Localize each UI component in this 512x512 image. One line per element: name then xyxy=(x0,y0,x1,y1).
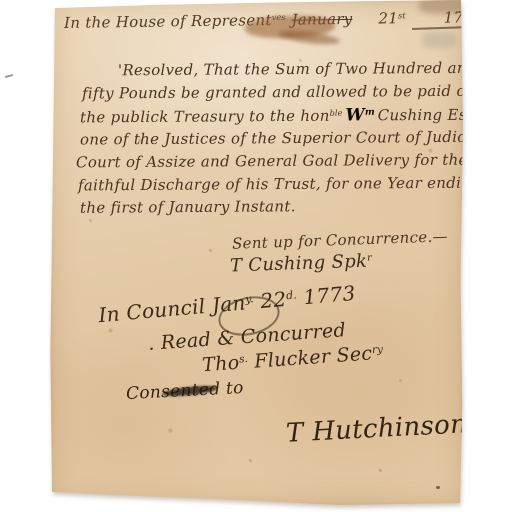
body-line-2: fifty Pounds be granted and allowed to b… xyxy=(82,82,502,103)
body-line-6: faithful Discharge of his Trust, for one… xyxy=(78,174,481,195)
council-superscript-2: d. xyxy=(286,288,298,302)
gray-stain xyxy=(422,32,456,48)
corner-stain xyxy=(418,0,470,14)
paper-aging-spots xyxy=(50,0,51,1)
secretary-superscript-2: ry xyxy=(372,343,384,356)
paper-shadow-wrap: In the House of RepresentvesJanuary21st1… xyxy=(0,0,512,512)
body-line-3: the publick Treasury to the honbleWmCush… xyxy=(80,105,477,128)
name-superscript: m xyxy=(365,107,375,118)
sent-up-line: Sent up for Concurrence.— xyxy=(232,227,448,253)
photo-background: In the House of RepresentvesJanuary21st1… xyxy=(0,0,512,512)
bottom-ink-speck xyxy=(436,486,440,489)
governor-signature: T Hutchinson xyxy=(285,409,468,448)
body-line-3-prefix: the publick Treasury to the hon xyxy=(80,107,330,127)
body-line-5: Court of Assize and General Goal Deliver… xyxy=(76,151,468,172)
secretary-name: Flucker Sec xyxy=(254,342,373,372)
header-text: In the House of Represent xyxy=(64,11,272,32)
edge-ink-speck xyxy=(504,40,511,47)
body-line-3-suffix: Cushing Esq xyxy=(378,106,477,125)
header-day: 21st xyxy=(378,9,405,27)
body-line-4: one of the Justices of the Superior Cour… xyxy=(80,127,512,148)
manuscript-paper: In the House of RepresentvesJanuary21st1… xyxy=(50,0,463,505)
council-year: 1773 xyxy=(302,281,356,309)
speaker-signature: T Cushing Spkr xyxy=(230,251,373,277)
header-day-superscript: st xyxy=(398,10,406,20)
body-line-1: 'Resolved, That the Sum of Two Hundred a… xyxy=(118,59,477,80)
honorable-superscript: ble xyxy=(330,108,343,118)
secretary-superscript-1: s. xyxy=(239,353,249,366)
speaker-signature-superscript: r xyxy=(367,253,372,264)
cushing-name-correction: Wm xyxy=(345,105,374,125)
body-line-7: the first of January Instant. xyxy=(80,197,296,217)
